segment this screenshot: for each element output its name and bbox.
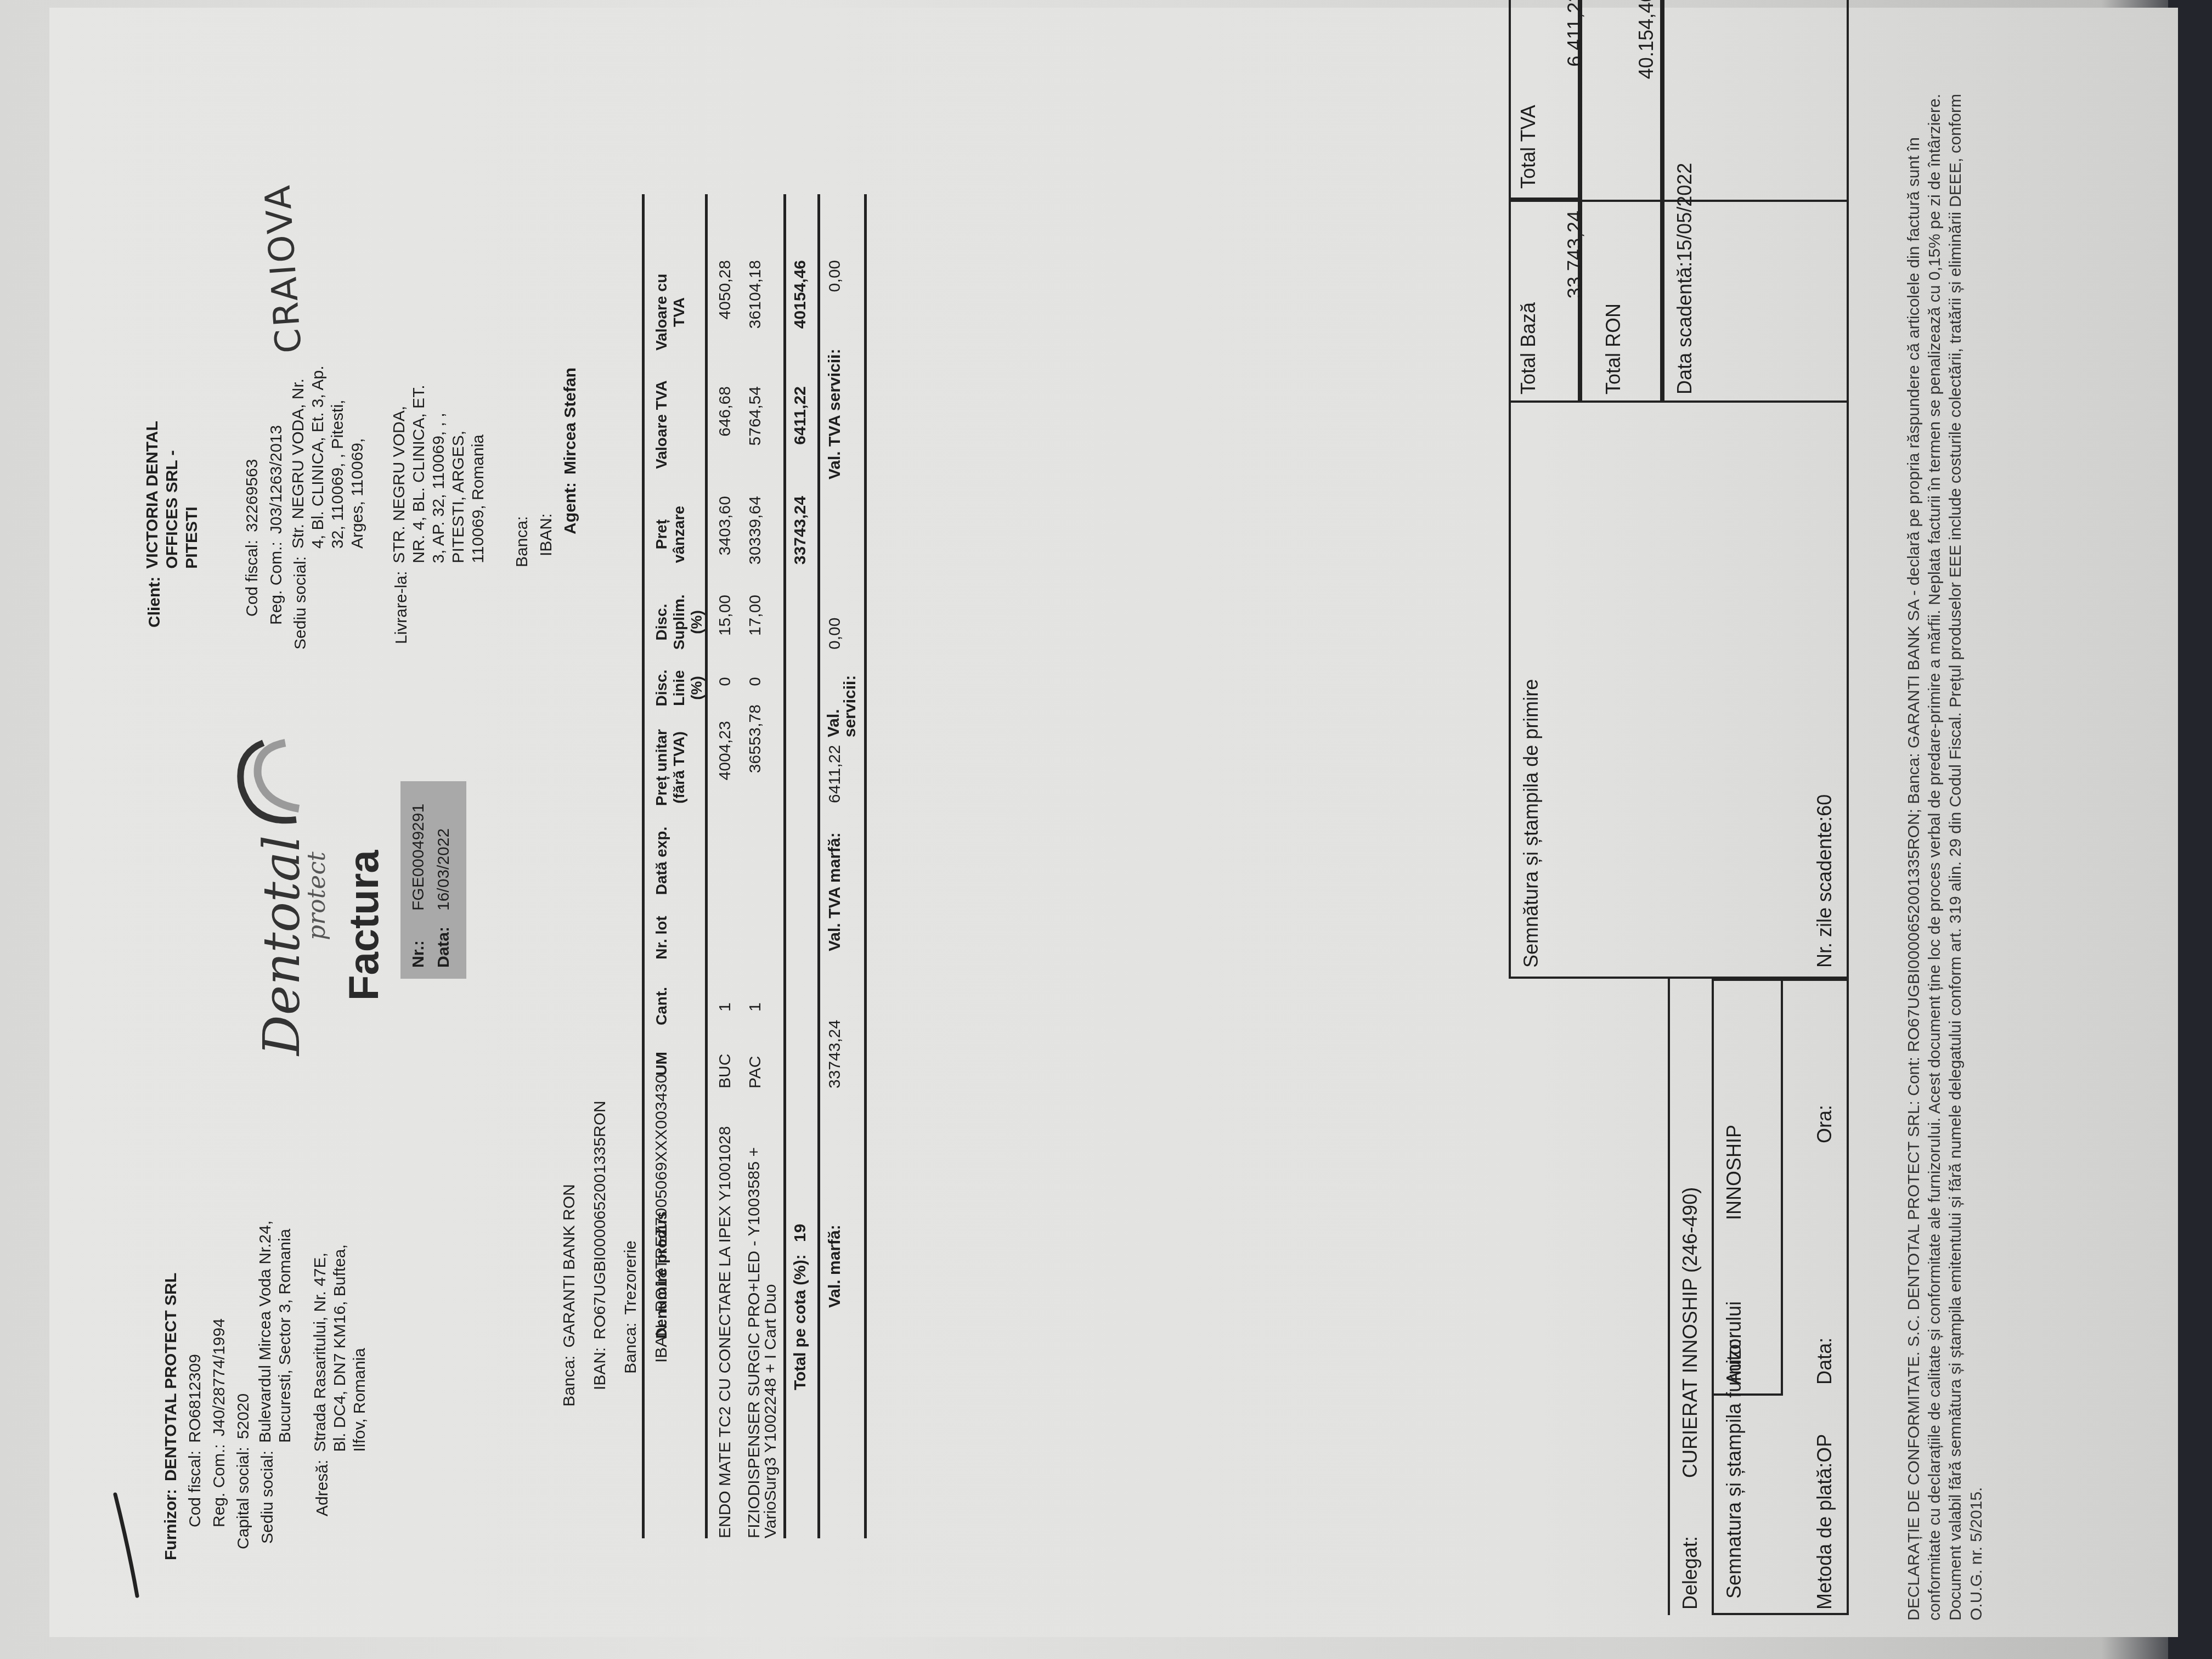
supplier-capital: 52020 (232, 1393, 256, 1439)
field-label: Livrare-la: (390, 571, 488, 644)
val-tva-servicii-label: Val. TVA servicii: (826, 349, 844, 479)
item-sale-price: 30339,64 (746, 496, 765, 578)
delivery-date-label: Data: (1813, 1338, 1836, 1385)
item-disc-line: 0 (746, 677, 765, 715)
field-label: Banca: (554, 1356, 585, 1407)
total-vat-label: Total TVA (1517, 105, 1540, 189)
val-servicii-label: Val. servicii: (826, 661, 859, 737)
auto-value: INNOSHIP (1723, 1125, 1746, 1220)
pen-mark (110, 1489, 143, 1599)
due-days: Nr. zile scadente:60 (1813, 794, 1836, 968)
col-header-exp: Dată exp. (653, 820, 670, 902)
due-date: Data scadentă:15/05/2022 (1673, 163, 1696, 394)
col-header-qty: Cant. (653, 979, 670, 1034)
supplier-reg-com: J40/28774/1994 (207, 1318, 232, 1436)
agent-label: Agent: (558, 482, 583, 534)
dentotal-logo: Dentotal protect (230, 715, 340, 1056)
field-label: Cod fiscal: (183, 1451, 207, 1527)
val-servicii: 0,00 (826, 618, 844, 650)
val-tva-marfa: 6411,22 (826, 745, 844, 803)
client-delivery-address: STR. NEGRU VODA, NR. 4, BL. CLINICA, ET.… (390, 382, 488, 563)
delegat-value: CURIERAT INNOSHIP (246-490) (1679, 1187, 1702, 1478)
delivery-time-label: Ora: (1813, 1105, 1836, 1143)
client-block: Client:VICTORIA DENTAL OFFICES SRL - PIT… (143, 46, 583, 650)
legal-line: Document valabil fără semnătura și ștamp… (1945, 30, 1966, 1621)
item-disc-supl: 17,00 (746, 595, 765, 655)
item-um: PAC (746, 1056, 765, 1088)
invoice-number-box: Nr.:FGE00049291 Data:16/03/2022 (400, 781, 466, 979)
item-disc-supl: 15,00 (716, 595, 735, 655)
item-qty: 1 (716, 1002, 735, 1012)
item-vat: 646,68 (716, 386, 735, 479)
vat-rate-total: 40154,46 (791, 260, 810, 353)
bank-iban: RO67UGBI0000652001335RON (585, 1101, 616, 1339)
document-title: Factura (340, 850, 388, 1001)
auto-label: Auto: (1723, 1339, 1746, 1385)
field-label: Banca: (510, 516, 534, 567)
field-label: Sediu social: (256, 1451, 295, 1544)
col-header-unit-price: Preț unitar (fără TVA) (653, 721, 688, 814)
client-cod-fiscal: 32269563 (240, 459, 264, 532)
field-label: Capital social: (232, 1447, 256, 1549)
item-vat: 5764,54 (746, 386, 765, 479)
item-unit-price: 4004,23 (716, 721, 735, 814)
logo-tagline: protect (303, 851, 331, 940)
invoice-date: 16/03/2022 (431, 828, 456, 911)
item-total: 4050,28 (716, 260, 735, 353)
col-header-um: UM (653, 1039, 670, 1088)
invoice-page: Furnizor:DENTOTAL PROTECT SRL Cod fiscal… (0, 0, 2212, 1659)
field-label: Adresă: (311, 1460, 370, 1516)
client-sediu: Str. NEGRU VODA, Nr. 4, Bl. CLINICA, Et.… (289, 362, 368, 549)
col-header-product: Denumire produs (653, 1160, 670, 1390)
field-label: Reg. Com.: (264, 541, 289, 625)
total-ron-value: 40.154,46 (1635, 0, 1658, 194)
receipt-signature-label: Semnătura și ștampila de primire (1520, 679, 1543, 968)
invoice-number-label: Nr.: (406, 918, 431, 968)
invoice-number: FGE00049291 (406, 804, 431, 911)
item-name: FIZIODISPENSER SURGIC PRO+LED - Y1003585… (746, 1099, 779, 1538)
item-total: 36104,18 (746, 260, 765, 353)
supplier-sediu: Bulevardul Mircea Voda Nr.24, Bucuresti,… (256, 1201, 295, 1443)
legal-line: conformitate cu declarațiile de calitate… (1925, 30, 1945, 1621)
col-header-disc-line: Disc. Linie (%) (653, 661, 706, 715)
logo-wordmark: Dentotal (252, 836, 311, 1056)
supplier-label: Furnizor: (159, 1489, 183, 1560)
agent-name: Mircea Stefan (558, 368, 583, 475)
col-header-disc-supl: Disc. Suplim. (%) (653, 589, 706, 655)
supplier-address: Strada Rasaritului, Nr. 47E, Bl. DC4, DN… (311, 1244, 370, 1452)
payment-method: Metoda de plată:OP (1813, 1434, 1836, 1610)
col-header-sale-price: Preț vânzare (653, 496, 688, 573)
supplier-block: Furnizor:DENTOTAL PROTECT SRL Cod fiscal… (159, 1012, 370, 1560)
field-label: Cod fiscal: (240, 540, 264, 617)
client-reg-com: J03/1263/2013 (264, 425, 289, 534)
val-marfa: 33743,24 (826, 1020, 844, 1088)
legal-line: DECLARAȚIE DE CONFORMITATE. S.C. DENTOTA… (1904, 30, 1925, 1621)
col-header-vat: Valoare TVA (653, 364, 670, 485)
bank-name: GARANTI BANK RON (554, 1184, 585, 1347)
client-label: Client: (143, 577, 202, 628)
col-header-lot: Nr. lot (653, 907, 670, 968)
vat-rate-base: 33743,24 (791, 496, 810, 578)
item-sale-price: 3403,60 (716, 496, 735, 578)
conformity-declaration: DECLARAȚIE DE CONFORMITATE. S.C. DENTOTA… (1904, 30, 1987, 1621)
client-name: VICTORIA DENTAL OFFICES SRL - PITESTI (143, 388, 202, 569)
vat-rate-label: Total pe cota (%): (791, 1254, 810, 1390)
field-label: Sediu social: (289, 556, 368, 650)
col-header-total: Valoare cu TVA (653, 266, 688, 359)
item-unit-price: 36553,78 (746, 704, 765, 814)
val-marfa-label: Val. marfă: (826, 1224, 844, 1308)
item-name: ENDO MATE TC2 CU CONECTARE LA IPEX Y1001… (716, 1126, 735, 1538)
item-um: BUC (716, 1054, 735, 1088)
vat-rate-vat: 6411,22 (791, 386, 810, 479)
legal-line: O.U.G. nr. 5/2015. (1966, 30, 1987, 1621)
invoice-date-label: Data: (431, 918, 456, 968)
tooth-swoosh-icon (230, 737, 307, 825)
val-tva-marfa-label: Val. TVA marfă: (826, 832, 844, 951)
supplier-cod-fiscal: RO6812309 (183, 1354, 207, 1443)
delegat-label: Delegat: (1679, 1536, 1702, 1610)
supplier-name: DENTOTAL PROTECT SRL (159, 1273, 183, 1481)
total-ron-label: Total RON (1602, 303, 1625, 394)
item-qty: 1 (746, 1002, 765, 1012)
field-label: IBAN: (534, 513, 558, 556)
field-label: IBAN: (585, 1347, 616, 1390)
items-table: Denumire produs UM Cant. Nr. lot Dată ex… (642, 167, 872, 1571)
invoice-sheet: Furnizor:DENTOTAL PROTECT SRL Cod fiscal… (49, 8, 2178, 1637)
field-label: Reg. Com.: (207, 1444, 232, 1527)
val-tva-servicii: 0,00 (826, 260, 844, 353)
item-disc-line: 0 (716, 677, 735, 715)
delivery-totals-box: Delegat: CURIERAT INNOSHIP (246-490) Sem… (1668, 24, 1898, 1615)
vat-rate: 19 (791, 1224, 810, 1242)
total-base-label: Total Bază (1517, 302, 1540, 394)
